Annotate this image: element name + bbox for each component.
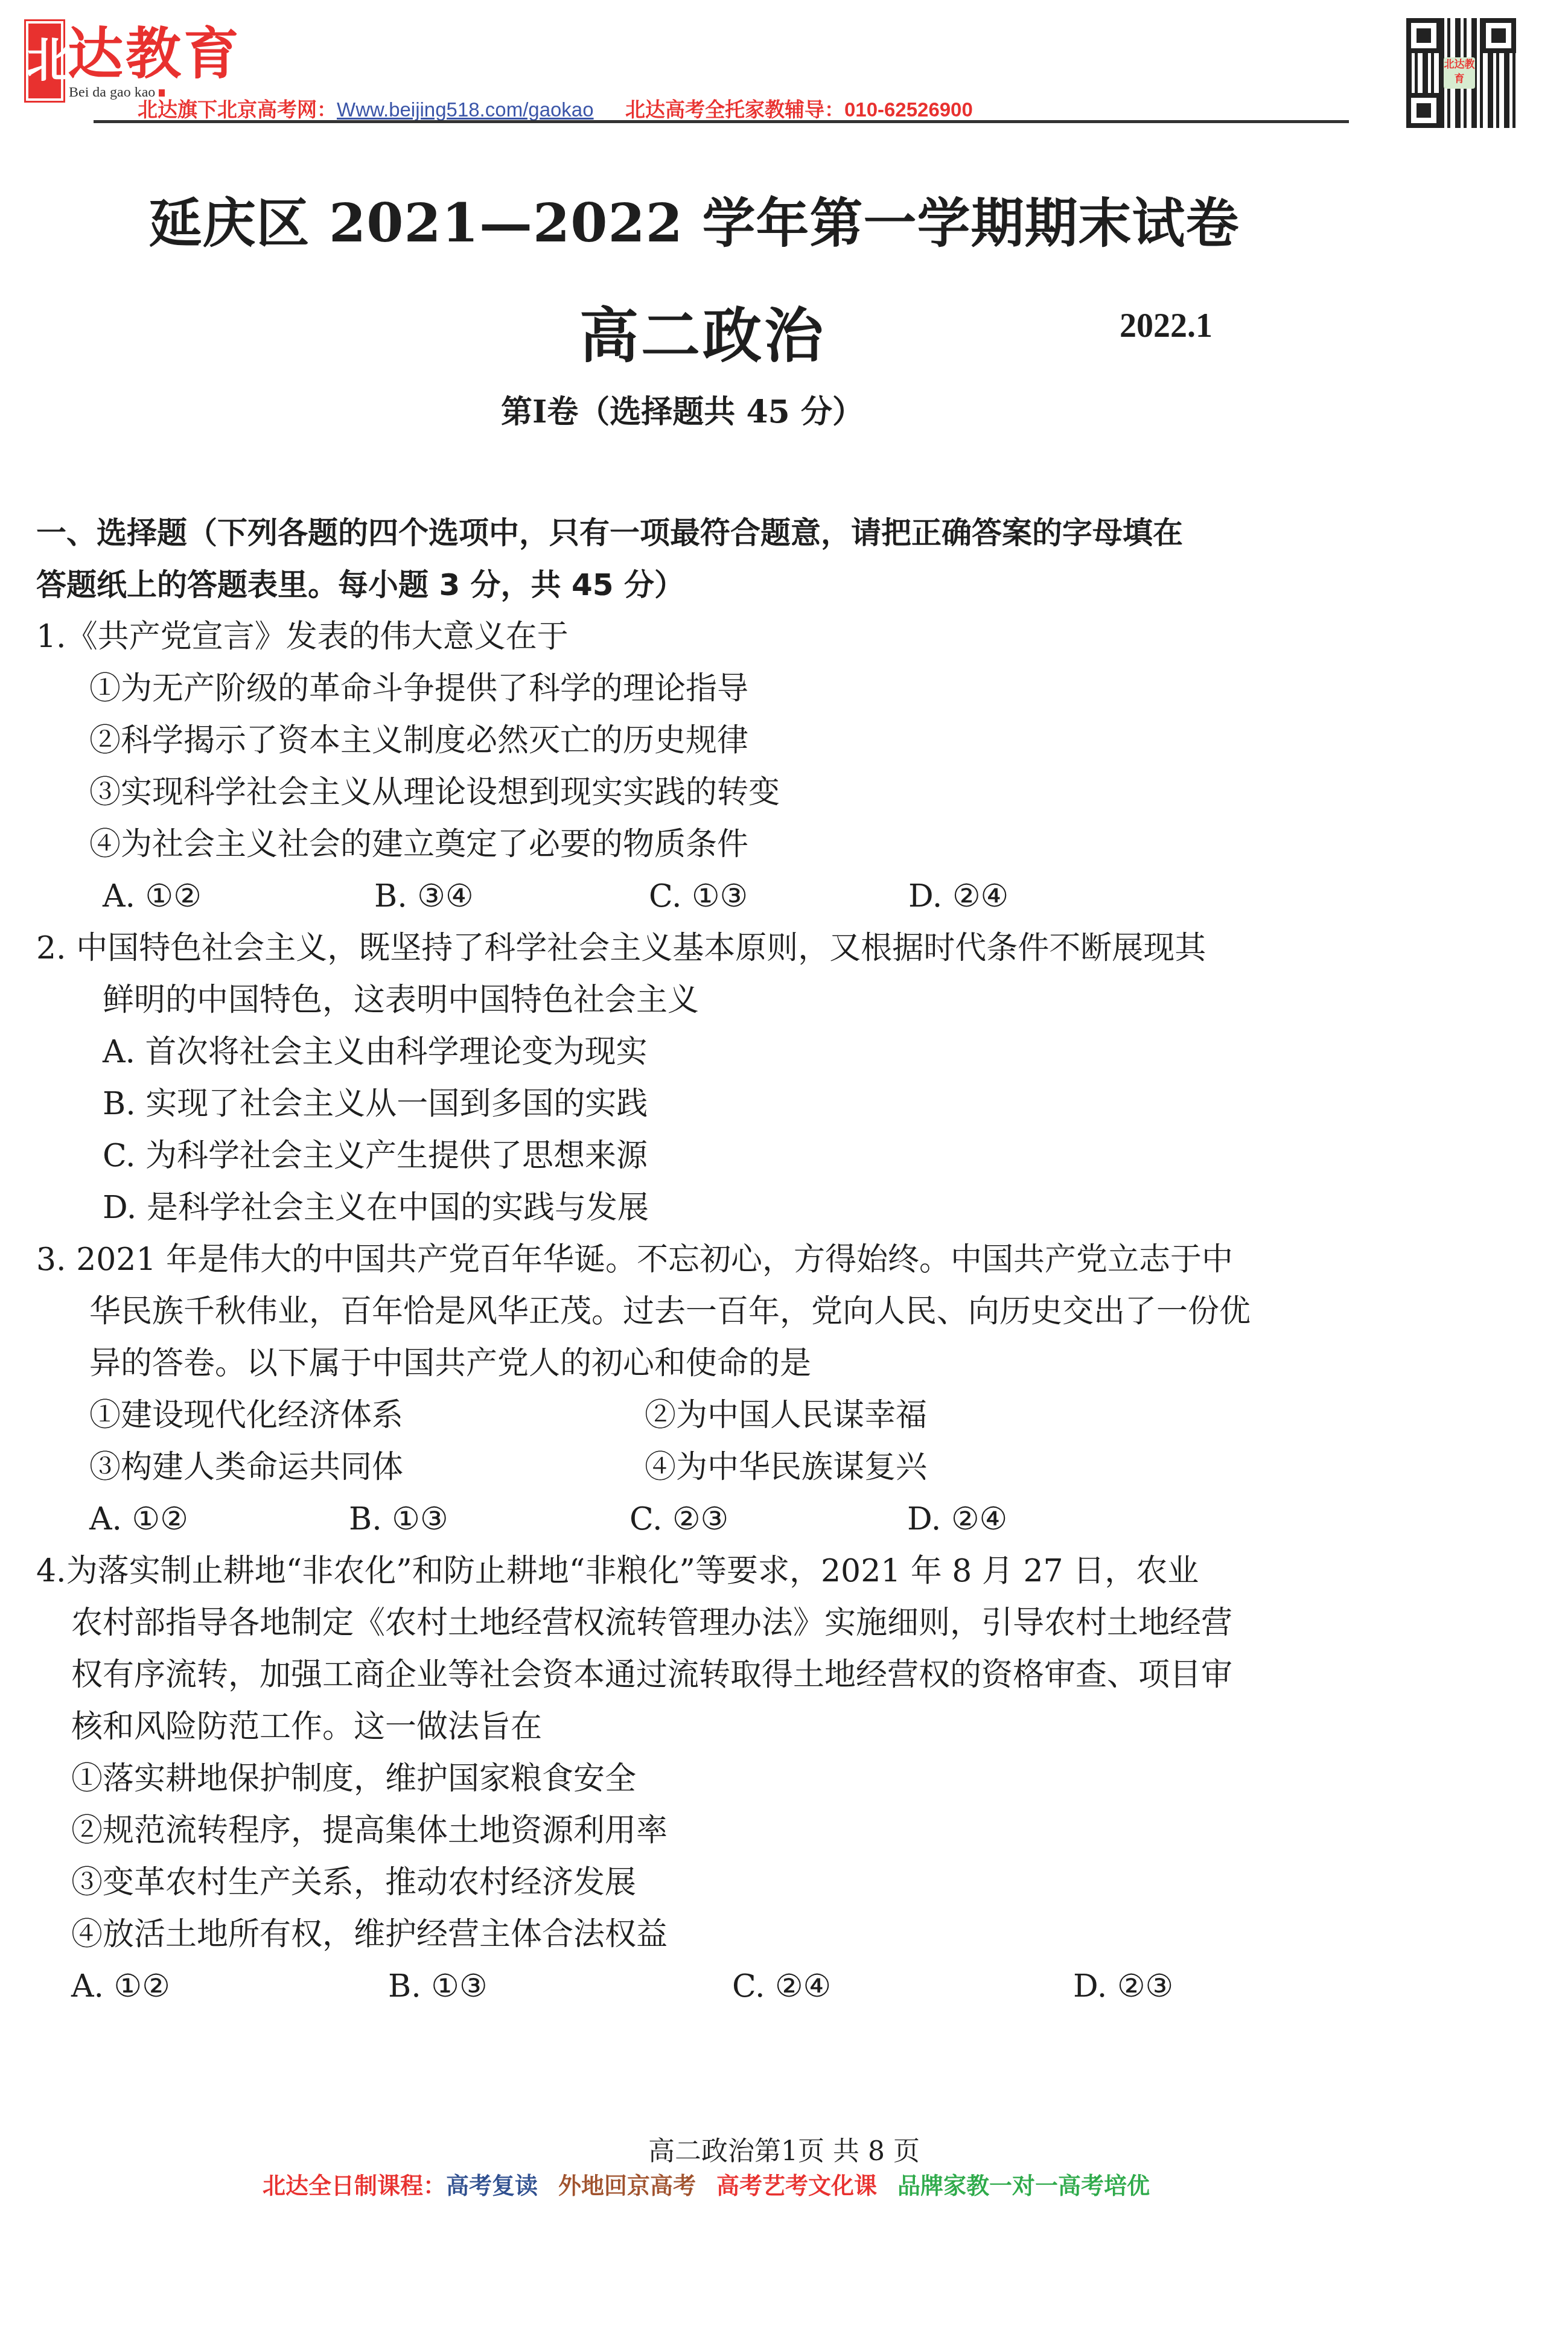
option-a: A. ①② — [103, 870, 374, 922]
tutoring-label: 北达高考全托家教辅导： — [625, 98, 844, 121]
option-d: D. ②③ — [1073, 1960, 1173, 2012]
question-4: 4.为落实制止耕地“非农化”和防止耕地“非粮化”等要求，2021 年 8 月 2… — [36, 1545, 1388, 2012]
qr-code-icon: 北达教育 — [1406, 18, 1516, 128]
statement: ④为中华民族谋复兴 — [645, 1441, 927, 1493]
question-stem: 2. 中国特色社会主义，既坚持了科学社会主义基本原则，又根据时代条件不断展现其 — [36, 922, 1388, 974]
option-d: D. 是科学社会主义在中国的实践与发展 — [36, 1182, 1388, 1234]
qr-finder-icon — [1406, 93, 1441, 128]
option-b: B. 实现了社会主义从一国到多国的实践 — [36, 1078, 1388, 1130]
page-number: 高二政治第1页 共 8 页 — [0, 2129, 1568, 2168]
question-number: 2. — [36, 930, 66, 966]
statement: ③实现科学社会主义从理论设想到现实实践的转变 — [36, 767, 1388, 818]
qr-finder-icon — [1406, 18, 1441, 53]
question-stem-continued: 鲜明的中国特色，这表明中国特色社会主义 — [36, 974, 1388, 1026]
statement-row: ③构建人类命运共同体 ④为中华民族谋复兴 — [36, 1441, 1388, 1493]
option-a: A. ①② — [89, 1493, 349, 1545]
statement: ②为中国人民谋幸福 — [645, 1389, 927, 1441]
question-stem-continued: 异的答卷。以下属于中国共产党人的初心和使命的是 — [36, 1338, 1388, 1389]
instructions-line: 答题纸上的答题表里。每小题 3 分，共 45 分） — [36, 559, 1388, 611]
section-heading: 第Ⅰ卷（选择题共 45 分） — [501, 386, 864, 432]
header-info-line: 北达旗下北京高考网：Www.beijing518.com/gaokao 北达高考… — [138, 94, 973, 123]
footer-ad-item: 品牌家教一对一高考培优 — [897, 2173, 1150, 2199]
header-divider — [94, 120, 1349, 123]
question-stem-text: 2021 年是伟大的中国共产党百年华诞。不忘初心，方得始终。中国共产党立志于中 — [76, 1242, 1233, 1278]
option-b: B. ③④ — [374, 870, 649, 922]
statement: ②规范流转程序，提高集体土地资源利用率 — [36, 1805, 1388, 1857]
statement: ④放活土地所有权，维护经营主体合法权益 — [36, 1908, 1388, 1960]
question-stem-text: 中国特色社会主义，既坚持了科学社会主义基本原则，又根据时代条件不断展现其 — [76, 930, 1206, 966]
question-stem: 4.为落实制止耕地“非农化”和防止耕地“非粮化”等要求，2021 年 8 月 2… — [36, 1545, 1388, 1597]
question-2: 2. 中国特色社会主义，既坚持了科学社会主义基本原则，又根据时代条件不断展现其 … — [36, 922, 1388, 1234]
question-1: 1.《共产党宣言》发表的伟大意义在于 ①为无产阶级的革命斗争提供了科学的理论指导… — [36, 611, 1388, 922]
logo-mark: 北 — [24, 19, 65, 103]
logo-text: 达教育 — [68, 21, 241, 87]
answer-options: A. ①② B. ①③ C. ②④ D. ②③ — [36, 1960, 1388, 2012]
option-b: B. ①③ — [349, 1493, 629, 1545]
footer-ad-item: 高考复读 — [446, 2173, 538, 2199]
tutoring-phone: 010-62526900 — [844, 98, 973, 121]
exam-title: 延庆区 2021—2022 学年第一学期期末试卷 — [0, 181, 1388, 257]
answer-options: A. ①② B. ③④ C. ①③ D. ②④ — [36, 870, 1388, 922]
qr-finder-icon — [1481, 18, 1516, 53]
statement: ③变革农村生产关系，推动农村经济发展 — [36, 1857, 1388, 1908]
footer-ad-item: 外地回京高考 — [558, 2173, 696, 2199]
statement: ①为无产阶级的革命斗争提供了科学的理论指导 — [36, 663, 1388, 715]
question-stem-text: 《共产党宣言》发表的伟大意义在于 — [66, 619, 569, 655]
question-number: 1. — [36, 619, 66, 655]
option-b: B. ①③ — [388, 1960, 732, 2012]
instructions-line: 一、选择题（下列各题的四个选项中，只有一项最符合题意，请把正确答案的字母填在 — [36, 507, 1388, 559]
answer-options: A. ①② B. ①③ C. ②③ D. ②④ — [36, 1493, 1388, 1545]
option-a: A. ①② — [71, 1960, 388, 2012]
question-stem-text: 为落实制止耕地“非农化”和防止耕地“非粮化”等要求，2021 年 8 月 27 … — [66, 1553, 1199, 1589]
site-link[interactable]: Www.beijing518.com/gaokao — [337, 98, 594, 121]
question-stem-continued: 核和风险防范工作。这一做法旨在 — [36, 1701, 1388, 1753]
option-d: D. ②④ — [908, 870, 1009, 922]
statement: ④为社会主义社会的建立奠定了必要的物质条件 — [36, 818, 1388, 870]
footer-ad-item: 高考艺考文化课 — [716, 2173, 877, 2199]
option-c: C. ①③ — [649, 870, 908, 922]
option-c: C. 为科学社会主义产生提供了思想来源 — [36, 1130, 1388, 1182]
footer-ads: 北达全日制课程：高考复读外地回京高考高考艺考文化课品牌家教一对一高考培优 — [263, 2167, 1150, 2200]
option-a: A. 首次将社会主义由科学理论变为现实 — [36, 1026, 1388, 1078]
statement: ①落实耕地保护制度，维护国家粮食安全 — [36, 1753, 1388, 1805]
site-label: 北达旗下北京高考网： — [138, 98, 337, 121]
question-number: 3. — [36, 1242, 66, 1278]
statement: ①建设现代化经济体系 — [89, 1389, 645, 1441]
exam-date: 2022.1 — [1120, 307, 1213, 345]
statement: ③构建人类命运共同体 — [89, 1441, 645, 1493]
question-3: 3. 2021 年是伟大的中国共产党百年华诞。不忘初心，方得始终。中国共产党立志… — [36, 1234, 1388, 1545]
question-body: 一、选择题（下列各题的四个选项中，只有一项最符合题意，请把正确答案的字母填在 答… — [36, 507, 1388, 2012]
option-c: C. ②③ — [629, 1493, 907, 1545]
question-stem: 3. 2021 年是伟大的中国共产党百年华诞。不忘初心，方得始终。中国共产党立志… — [36, 1234, 1388, 1286]
exam-subject: 高二政治 — [579, 289, 826, 374]
question-number: 4. — [36, 1553, 66, 1589]
question-stem: 1.《共产党宣言》发表的伟大意义在于 — [36, 611, 1388, 663]
footer-ads-label: 北达全日制课程： — [263, 2173, 446, 2199]
qr-center-logo: 北达教育 — [1444, 57, 1475, 89]
question-stem-continued: 农村部指导各地制定《农村土地经营权流转管理办法》实施细则，引导农村土地经营 — [36, 1597, 1388, 1649]
option-c: C. ②④ — [732, 1960, 1073, 2012]
question-stem-continued: 权有序流转，加强工商企业等社会资本通过流转取得土地经营权的资格审查、项目审 — [36, 1649, 1388, 1701]
option-d: D. ②④ — [907, 1493, 1007, 1545]
question-stem-continued: 华民族千秋伟业，百年恰是风华正茂。过去一百年，党向人民、向历史交出了一份优 — [36, 1286, 1388, 1338]
statement-row: ①建设现代化经济体系 ②为中国人民谋幸福 — [36, 1389, 1388, 1441]
statement: ②科学揭示了资本主义制度必然灭亡的历史规律 — [36, 715, 1388, 767]
